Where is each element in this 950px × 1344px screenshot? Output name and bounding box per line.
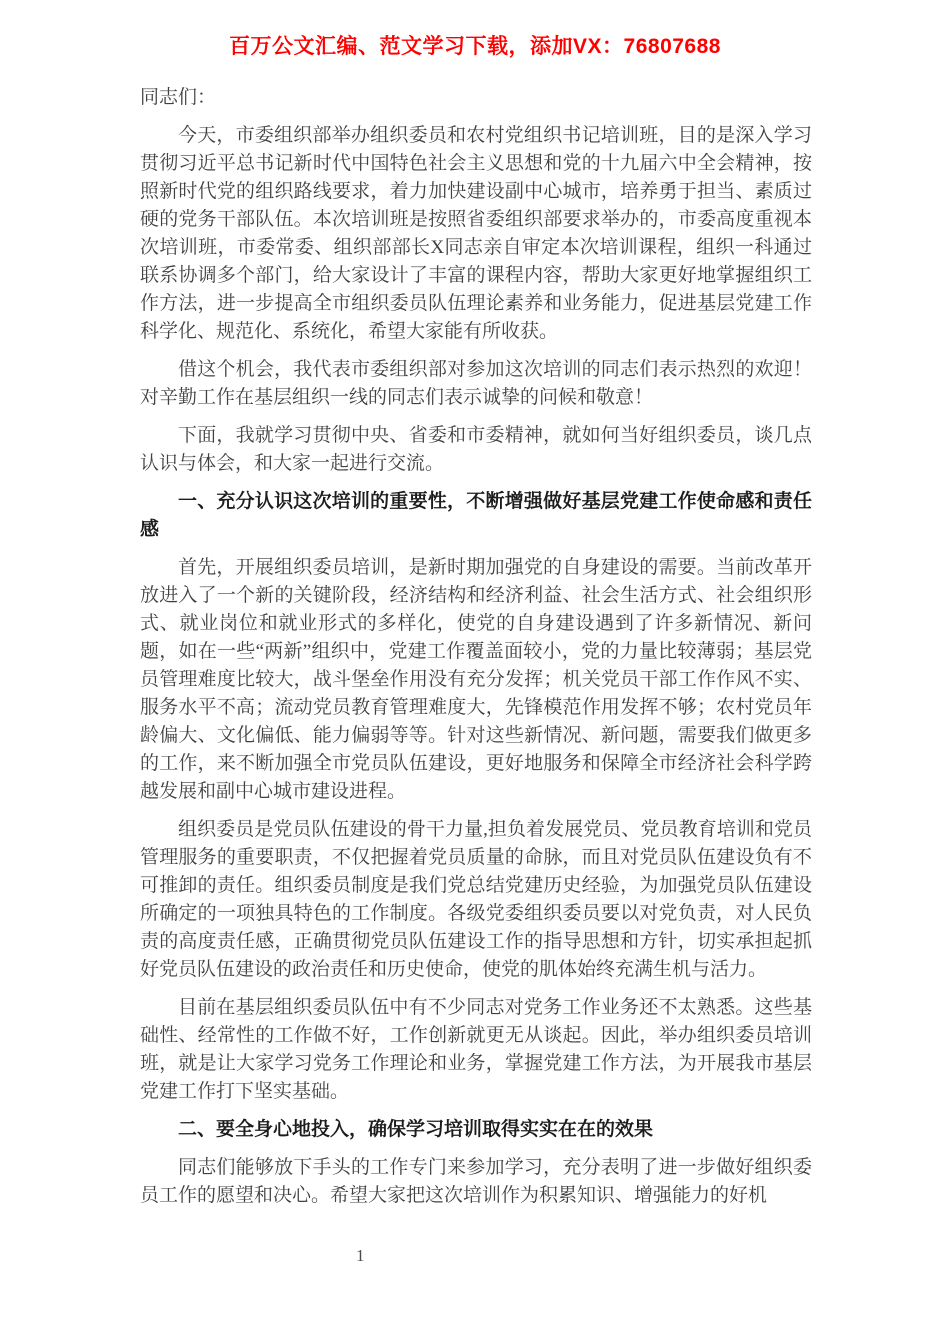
- paragraph-section1-third: 目前在基层组织委员队伍中有不少同志对党务工作业务还不太熟悉。这些基础性、经常性的…: [140, 994, 812, 1106]
- paragraph-welcome: 借这个机会，我代表市委组织部对参加这次培训的同志们表示热烈的欢迎！对辛勤工作在基…: [140, 356, 812, 412]
- document-body: 同志们： 今天，市委组织部举办组织委员和农村党组织书记培训班，目的是深入学习贯彻…: [140, 84, 812, 1210]
- paragraph-section1-first: 首先，开展组织委员培训，是新时期加强党的自身建设的需要。当前改革开放进入了一个新…: [140, 554, 812, 806]
- paragraph-transition: 下面，我就学习贯彻中央、省委和市委精神，就如何当好组织委员，谈几点认识与体会，和…: [140, 422, 812, 478]
- page-number: 1: [356, 1246, 365, 1266]
- paragraph-intro: 今天，市委组织部举办组织委员和农村党组织书记培训班，目的是深入学习贯彻习近平总书…: [140, 122, 812, 346]
- paragraph-section2-first: 同志们能够放下手头的工作专门来参加学习，充分表明了进一步做好组织委员工作的愿望和…: [140, 1154, 812, 1210]
- section-heading-2: 二、要全身心地投入，确保学习培训取得实实在在的效果: [140, 1116, 812, 1144]
- salutation: 同志们：: [140, 84, 812, 112]
- section-heading-1: 一、充分认识这次培训的重要性，不断增强做好基层党建工作使命感和责任感: [140, 488, 812, 544]
- document-page: 百万公文汇编、范文学习下载，添加VX：76807688 同志们： 今天，市委组织…: [0, 0, 950, 1344]
- paragraph-section1-second: 组织委员是党员队伍建设的骨干力量,担负着发展党员、党员教育培训和党员管理服务的重…: [140, 816, 812, 984]
- header-promo-text: 百万公文汇编、范文学习下载，添加VX：76807688: [0, 0, 950, 60]
